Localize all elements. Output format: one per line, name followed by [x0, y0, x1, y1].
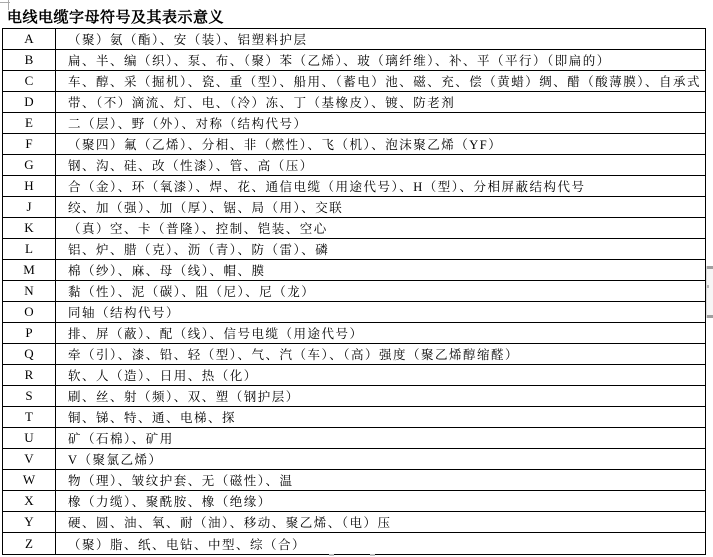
- symbol-letter-cell: O: [3, 302, 56, 322]
- symbol-letter-cell: Z: [3, 533, 56, 554]
- symbol-letter-cell: Q: [3, 344, 56, 364]
- table-row: O同轴（结构代号）: [3, 302, 705, 323]
- table-row: R软、人（造）、日用、热（化）: [3, 365, 705, 386]
- table-row: D带、（不）滴流、灯、电、（冷）冻、丁（基橡皮）、镀、防老剂: [3, 92, 705, 113]
- symbol-meaning-cell: （真）空、卡（普隆）、控制、铠装、空心: [56, 218, 705, 238]
- symbol-letter-cell: J: [3, 197, 56, 217]
- symbol-letter-cell: M: [3, 260, 56, 280]
- symbol-meaning-cell: 硬、圆、油、氧、耐（油）、移动、聚乙烯、（电）压: [56, 512, 705, 532]
- symbol-meaning-cell: 排、屏（蔽）、配（线）、信号电缆（用途代号）: [56, 323, 705, 343]
- symbol-letter-cell: Y: [3, 512, 56, 532]
- symbol-letter-cell: S: [3, 386, 56, 406]
- scrollbar-cap-bottom: [707, 315, 713, 318]
- symbol-letter-cell: B: [3, 50, 56, 70]
- symbol-meaning-cell: 绞、加（强）、加（厚）、锯、局（用）、交联: [56, 197, 705, 217]
- scrollbar-fragment[interactable]: [706, 266, 713, 318]
- symbol-meaning-cell: 带、（不）滴流、灯、电、（冷）冻、丁（基橡皮）、镀、防老剂: [56, 92, 705, 112]
- symbol-letter-cell: A: [3, 29, 56, 49]
- symbol-meaning-cell: 铜、锑、特、通、电梯、探: [56, 407, 705, 427]
- table-row: Y硬、圆、油、氧、耐（油）、移动、聚乙烯、（电）压: [3, 512, 705, 533]
- symbol-meaning-cell: 牵（引）、漆、铅、轻（型）、气、汽（车）、（高）强度（聚乙烯醇缩醛）: [56, 344, 705, 364]
- table-row: B扁、半、编（织）、泵、布、（聚）苯（乙烯）、玻（璃纤维）、补、平（平行）（即扁…: [3, 50, 705, 71]
- symbol-meaning-cell: 扁、半、编（织）、泵、布、（聚）苯（乙烯）、玻（璃纤维）、补、平（平行）（即扁的…: [56, 50, 705, 70]
- bottom-tick-mark: [370, 554, 375, 556]
- symbol-letter-cell: V: [3, 449, 56, 469]
- symbol-letter-cell: R: [3, 365, 56, 385]
- table-row: T铜、锑、特、通、电梯、探: [3, 407, 705, 428]
- symbol-letter-cell: W: [3, 470, 56, 490]
- symbol-letter-cell: X: [3, 491, 56, 511]
- table-row: X橡（力缆）、聚酰胺、橡（绝缘）: [3, 491, 705, 512]
- symbol-letter-cell: P: [3, 323, 56, 343]
- symbol-meaning-cell: 二（层）、野（外）、对称（结构代号）: [56, 113, 705, 133]
- symbol-meaning-cell: （聚）脂、纸、电钻、中型、综（合）: [56, 533, 705, 554]
- symbol-meaning-cell: 棉（纱）、麻、母（线）、帽、膜: [56, 260, 705, 280]
- table-row: M棉（纱）、麻、母（线）、帽、膜: [3, 260, 705, 281]
- symbol-letter-cell: U: [3, 428, 56, 448]
- table-row: E二（层）、野（外）、对称（结构代号）: [3, 113, 705, 134]
- symbol-meaning-cell: 矿（石棉）、矿用: [56, 428, 705, 448]
- symbol-letter-cell: G: [3, 155, 56, 175]
- symbol-meaning-cell: 同轴（结构代号）: [56, 302, 705, 322]
- symbol-table: A（聚）氨（酯）、安（装）、铝塑料护层B扁、半、编（织）、泵、布、（聚）苯（乙烯…: [2, 28, 706, 555]
- symbol-meaning-cell: （聚）氨（酯）、安（装）、铝塑料护层: [56, 29, 705, 49]
- table-row: K（真）空、卡（普隆）、控制、铠装、空心: [3, 218, 705, 239]
- table-row: G钢、沟、硅、改（性漆）、管、高（压）: [3, 155, 705, 176]
- symbol-meaning-cell: （聚四）氟（乙烯）、分相、非（燃性）、飞（机）、泡沫聚乙烯（YF）: [56, 134, 705, 154]
- symbol-letter-cell: D: [3, 92, 56, 112]
- symbol-letter-cell: F: [3, 134, 56, 154]
- symbol-letter-cell: K: [3, 218, 56, 238]
- table-row: H合（金）、环（氧漆）、焊、花、通信电缆（用途代号）、H（型）、分相屏蔽结构代号: [3, 176, 705, 197]
- symbol-meaning-cell: 合（金）、环（氧漆）、焊、花、通信电缆（用途代号）、H（型）、分相屏蔽结构代号: [56, 176, 705, 196]
- symbol-meaning-cell: 橡（力缆）、聚酰胺、橡（绝缘）: [56, 491, 705, 511]
- table-row: Q牵（引）、漆、铅、轻（型）、气、汽（车）、（高）强度（聚乙烯醇缩醛）: [3, 344, 705, 365]
- table-row: F（聚四）氟（乙烯）、分相、非（燃性）、飞（机）、泡沫聚乙烯（YF）: [3, 134, 705, 155]
- symbol-letter-cell: T: [3, 407, 56, 427]
- symbol-meaning-cell: 铝、炉、腊（克）、沥（青）、防（雷）、磷: [56, 239, 705, 259]
- table-row: U矿（石棉）、矿用: [3, 428, 705, 449]
- table-row: N黏（性）、泥（碳）、阻（尼）、尼（龙）: [3, 281, 705, 302]
- symbol-meaning-cell: 刷、丝、射（频）、双、塑（钢护层）: [56, 386, 705, 406]
- page-title: 电线电缆字母符号及其表示意义: [7, 6, 224, 27]
- table-row: A（聚）氨（酯）、安（装）、铝塑料护层: [3, 29, 705, 50]
- symbol-meaning-cell: 车、醇、采（掘机）、瓷、重（型）、船用、（蓄电）池、磁、充、偿（黄蜡）绸、醋（酸…: [56, 71, 705, 91]
- table-row: W物（理）、皱纹护套、无（磁性）、温: [3, 470, 705, 491]
- symbol-meaning-cell: V（聚氯乙烯）: [56, 449, 705, 469]
- table-row: VV（聚氯乙烯）: [3, 449, 705, 470]
- symbol-meaning-cell: 软、人（造）、日用、热（化）: [56, 365, 705, 385]
- table-row: J绞、加（强）、加（厚）、锯、局（用）、交联: [3, 197, 705, 218]
- symbol-letter-cell: C: [3, 71, 56, 91]
- symbol-letter-cell: N: [3, 281, 56, 301]
- symbol-meaning-cell: 物（理）、皱纹护套、无（磁性）、温: [56, 470, 705, 490]
- table-row: Z（聚）脂、纸、电钻、中型、综（合）: [3, 533, 705, 554]
- scrollbar-dot: [707, 285, 709, 288]
- symbol-letter-cell: E: [3, 113, 56, 133]
- symbol-letter-cell: L: [3, 239, 56, 259]
- table-row: C车、醇、采（掘机）、瓷、重（型）、船用、（蓄电）池、磁、充、偿（黄蜡）绸、醋（…: [3, 71, 705, 92]
- symbol-meaning-cell: 钢、沟、硅、改（性漆）、管、高（压）: [56, 155, 705, 175]
- bottom-tick-mark: [329, 554, 334, 556]
- symbol-meaning-cell: 黏（性）、泥（碳）、阻（尼）、尼（龙）: [56, 281, 705, 301]
- table-row: P排、屏（蔽）、配（线）、信号电缆（用途代号）: [3, 323, 705, 344]
- symbol-letter-cell: H: [3, 176, 56, 196]
- table-row: S刷、丝、射（频）、双、塑（钢护层）: [3, 386, 705, 407]
- table-row: L铝、炉、腊（克）、沥（青）、防（雷）、磷: [3, 239, 705, 260]
- scrollbar-cap-top: [707, 266, 713, 269]
